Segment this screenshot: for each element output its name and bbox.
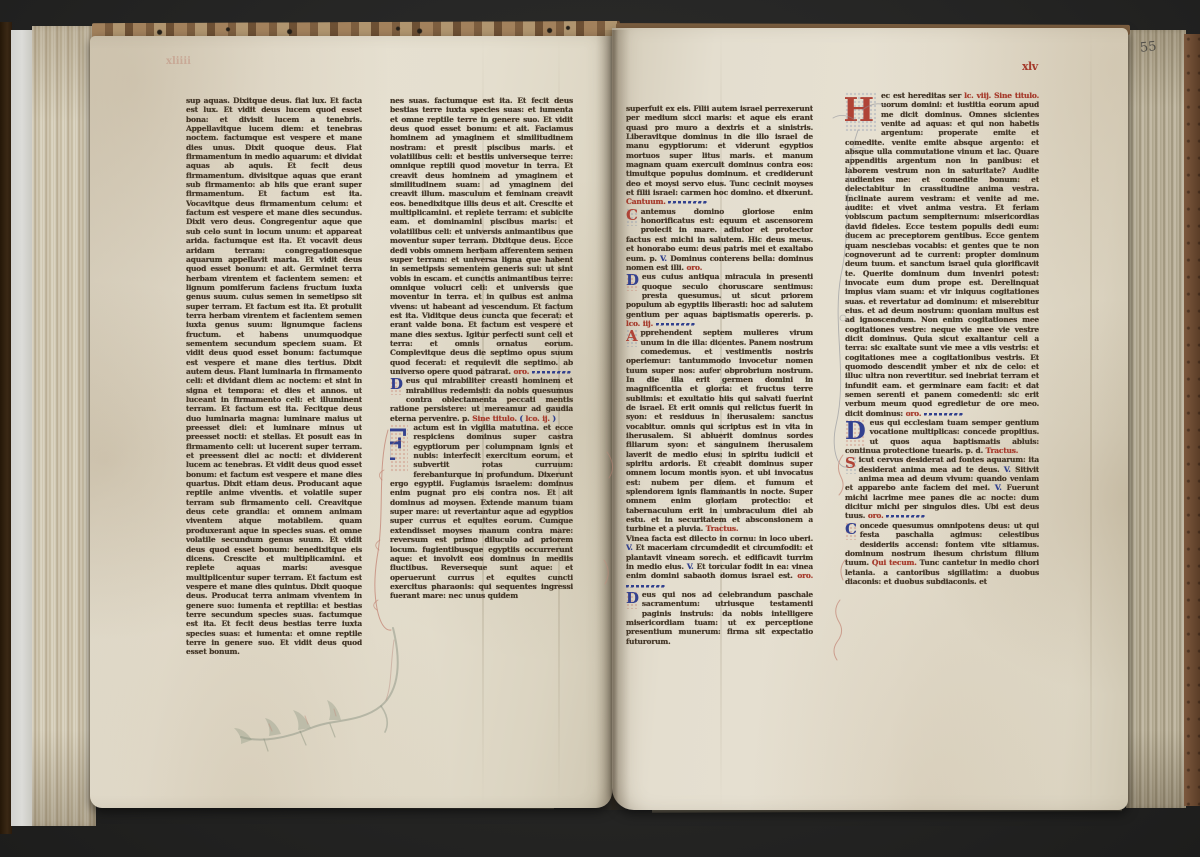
rubric-text: oro.: [868, 511, 886, 520]
text-block: Cantemus domino gloriose enim honorifica…: [626, 207, 813, 272]
text-block: Deus qui mirabiliter creasti hominem et …: [390, 376, 573, 423]
body-text: uorum domini: et iustitia eorum apud me …: [845, 100, 1039, 417]
text-block: Factum est in vigilia matutina. et ecce …: [390, 423, 573, 601]
text-block: Hec est hereditas ser lc. viij. Sine tit…: [845, 91, 1039, 418]
body-text: eus qui nos ad celebrandum paschale sacr…: [626, 590, 813, 646]
pen-line-filler: [626, 583, 666, 589]
rubric-text: oro.: [797, 571, 813, 580]
text-block: Deus qui nos ad celebrandum paschale sac…: [626, 590, 813, 646]
right-page: 55 xlv superfuit ex eis. Filii autem isr…: [612, 28, 1128, 810]
left-page-stack-edges: [32, 26, 96, 826]
rubric-text: Cantuum.: [626, 197, 668, 206]
page-crease: [1090, 28, 1092, 810]
rubric-text: lco. iij.: [626, 319, 656, 328]
text-block: Deus cuius antiqua miracula in presenti …: [626, 272, 813, 328]
text-column-1: sup aquas. Dixitque deus. fiat lux. Et f…: [186, 96, 362, 674]
faint-quire-mark: xliiii: [166, 56, 191, 67]
blue-versicle-mark: V.: [660, 254, 670, 263]
pen-line-filler: [886, 513, 926, 519]
text-block: sup aquas. Dixitque deus. fiat lux. Et f…: [186, 96, 362, 657]
text-block: Apprehendent septem mulieres virum unum …: [626, 328, 813, 534]
illuminated-initial-d: D: [845, 419, 866, 446]
rubric-text: oro.: [513, 367, 531, 376]
blue-versicle-mark: V.: [687, 562, 697, 571]
illuminated-initial-d: D: [390, 377, 403, 395]
left-page: xliiii sup aquas. Dixitque deus. fiat lu…: [90, 36, 612, 808]
text-column-3: superfuit ex eis. Filii autem israel per…: [626, 104, 813, 674]
right-page-stack-edges: [1126, 30, 1186, 808]
right-cover-edge: [1184, 34, 1200, 806]
body-text: eus cuius antiqua miracula in presenti q…: [626, 272, 813, 318]
rubric-text: oro.: [686, 263, 702, 272]
illuminated-initial-c: C: [845, 522, 857, 540]
body-text: nes suas. factumque est ita. Et fecit de…: [390, 96, 573, 376]
rubric-text: Tractus.: [706, 524, 739, 533]
text-block: Vinea facta est dilecto in cornu: in loc…: [626, 534, 813, 590]
illuminated-initial-s: S: [845, 456, 856, 474]
body-text: actum est in vigilia matutina. et ecce r…: [390, 423, 573, 600]
body-text: sup aquas. Dixitque deus. fiat lux. Et f…: [186, 96, 362, 656]
text-block: Sicut cervus desiderat ad fontes aquarum…: [845, 455, 1039, 520]
book-gutter: [596, 30, 630, 810]
pen-line-filler: [668, 199, 708, 205]
text-column-4: Hec est hereditas ser lc. viij. Sine tit…: [845, 91, 1039, 683]
pen-line-filler: [656, 321, 696, 327]
blue-versicle-mark: V.: [995, 483, 1007, 492]
text-block: Deus qui ecclesiam tuam semper gentium v…: [845, 418, 1039, 455]
body-text: pprehendent septem mulieres virum unum i…: [626, 328, 813, 533]
pen-line-filler: [532, 369, 572, 375]
photograph-background: xliiii sup aquas. Dixitque deus. fiat lu…: [0, 0, 1200, 857]
rubric-text: Tractus.: [986, 446, 1019, 455]
body-text: superfuit ex eis. Filii autem israel per…: [626, 104, 813, 197]
rubric-text: oro.: [906, 409, 924, 418]
text-column-2: nes suas. factumque est ita. Et fecit de…: [390, 96, 573, 674]
left-flyleaf-edge: [11, 30, 33, 826]
blue-versicle-mark: ): [552, 414, 555, 423]
illuminated-initial-f: F: [390, 424, 408, 472]
pen-line-filler: [924, 411, 964, 417]
rubric-text: lco. ij.: [525, 414, 552, 423]
text-block: Concede quesumus omnipotens deus: ut qui…: [845, 521, 1039, 586]
text-block: superfuit ex eis. Filii autem israel per…: [626, 104, 813, 207]
body-text: Vinea facta est dilecto in cornu: in loc…: [626, 534, 813, 543]
rubric-text: Sine titulo.: [472, 414, 519, 423]
rubric-text: Qui tecum.: [872, 558, 920, 567]
illuminated-initial-h: H: [845, 92, 876, 131]
quire-mark: xlv: [1022, 60, 1038, 73]
text-block: nes suas. factumque est ita. Et fecit de…: [390, 96, 573, 376]
body-text: ec est hereditas ser: [881, 91, 964, 100]
folio-number: 55: [1139, 39, 1157, 56]
blue-versicle-mark: V.: [1004, 465, 1015, 474]
rubric-text: lc. viij. Sine titulo.: [964, 91, 1039, 100]
